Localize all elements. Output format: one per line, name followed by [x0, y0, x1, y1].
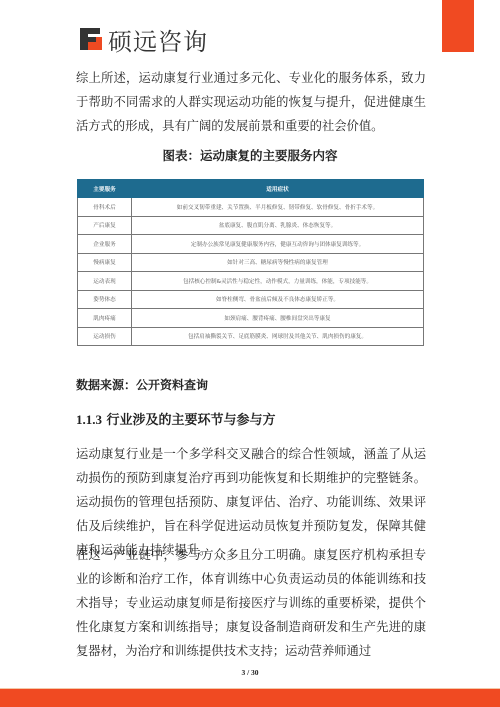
intro-paragraph: 综上所述，运动康复行业通过多元化、专业化的服务体系，致力于帮助不同需求的人群实现…: [76, 66, 426, 138]
service-cell: 骨科术后: [78, 198, 132, 217]
brand-name: 硕远咨询: [108, 22, 208, 57]
table-header-row: 主要服务 适用症状: [78, 180, 424, 198]
service-cell: 运动表现: [78, 272, 132, 291]
service-cell: 慢病康复: [78, 253, 132, 272]
table-row: 运动表现包括核心控制&灵活性与稳定性，动作模式，力量训练，体能，专项技能等。: [78, 272, 424, 291]
symptom-cell: 如脊柱侧弯、骨盆前后倾及不良体态康复矫正等。: [132, 290, 424, 309]
footer-accent-bar: [0, 688, 500, 707]
service-cell: 姿势体态: [78, 290, 132, 309]
table-row: 运动损伤包括肩袖撕裂关节、足底筋膜炎、网球肘及其他关节、肌肉损伤的康复。: [78, 327, 424, 346]
page-number: 3 / 30: [0, 668, 500, 677]
service-cell: 肌肉疼痛: [78, 309, 132, 328]
figure-caption: 图表：运动康复的主要服务内容: [0, 146, 500, 164]
section-heading: 1.1.3 行业涉及的主要环节与参与方: [76, 409, 276, 428]
body-paragraph: 在这一产业链中，参与方众多且分工明确。康复医疗机构承担专业的诊断和治疗工作，体育…: [76, 543, 426, 663]
symptom-cell: 包括肩袖撕裂关节、足底筋膜炎、网球肘及其他关节、肌肉损伤的康复。: [132, 327, 424, 346]
section-number: 1.1.3: [76, 412, 102, 427]
symptom-cell: 盆底康复、腹直肌分离、乳腺炎、体态恢复等。: [132, 216, 424, 235]
symptom-cell: 如前交叉韧带重建、关节置换、半月板修复、韧带修复、软骨修复、骨折手术等。: [132, 198, 424, 217]
service-cell: 企业服务: [78, 235, 132, 254]
table-row: 产后康复盆底康复、腹直肌分离、乳腺炎、体态恢复等。: [78, 216, 424, 235]
table-row: 企业服务定制办公族常见康复健康服务内容，健康互动咨询与团体康复训练等。: [78, 235, 424, 254]
section-title: 行业涉及的主要环节与参与方: [107, 413, 276, 428]
logo-icon: [80, 28, 102, 50]
symptom-cell: 定制办公族常见康复健康服务内容，健康互动咨询与团体康复训练等。: [132, 235, 424, 254]
header-accent-bar: [442, 0, 474, 52]
table-row: 姿势体态如脊柱侧弯、骨盆前后倾及不良体态康复矫正等。: [78, 290, 424, 309]
table-row: 骨科术后如前交叉韧带重建、关节置换、半月板修复、韧带修复、软骨修复、骨折手术等。: [78, 198, 424, 217]
data-source: 数据来源：公开资料查询: [76, 376, 208, 393]
symptom-cell: 如针对三高、糖尿病等慢性病的康复管理: [132, 253, 424, 272]
service-cell: 产后康复: [78, 216, 132, 235]
brand-logo: 硕远咨询: [80, 26, 208, 52]
table-row: 慢病康复如针对三高、糖尿病等慢性病的康复管理: [78, 253, 424, 272]
column-header: 主要服务: [78, 180, 132, 198]
services-table: 主要服务 适用症状 骨科术后如前交叉韧带重建、关节置换、半月板修复、韧带修复、软…: [77, 179, 424, 346]
table-row: 肌肉疼痛如颈肩痛、腰背疼痛、腰椎间盘突出等康复: [78, 309, 424, 328]
service-cell: 运动损伤: [78, 327, 132, 346]
symptom-cell: 包括核心控制&灵活性与稳定性，动作模式，力量训练，体能，专项技能等。: [132, 272, 424, 291]
symptom-cell: 如颈肩痛、腰背疼痛、腰椎间盘突出等康复: [132, 309, 424, 328]
column-header: 适用症状: [132, 180, 424, 198]
